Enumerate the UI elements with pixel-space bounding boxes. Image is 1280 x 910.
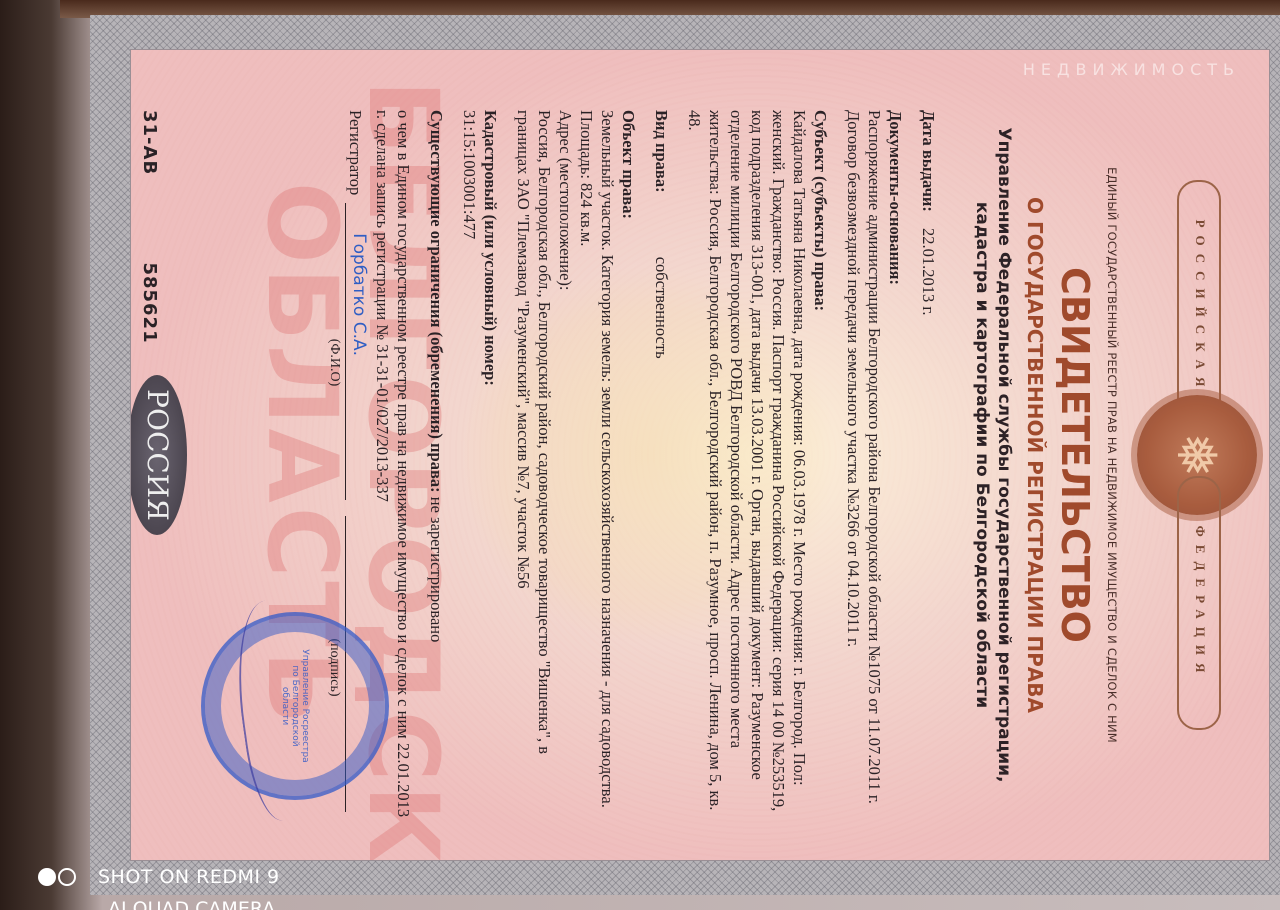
- subject-value: Кайдалова Татьяна Николаевна, дата рожде…: [684, 110, 810, 820]
- registrar-label: Регистратор: [345, 110, 366, 195]
- camera-watermark: SHOT ON REDMI 9: [38, 866, 280, 888]
- name-caption: (Ф.И.О): [324, 210, 345, 515]
- issue-date-row: Дата выдачи: 22.01.2013 г.: [918, 110, 939, 820]
- certificate-subtitle: О ГОСУДАРСТВЕННОЙ РЕГИСТРАЦИИ ПРАВА: [1023, 50, 1047, 860]
- site-watermark: НЕДВИЖИМОСТЬ: [1023, 60, 1240, 79]
- issue-date-label: Дата выдачи:: [919, 110, 938, 212]
- camera-line2: AI QUAD CAMERA: [108, 898, 275, 910]
- address-label: Адрес (местоположение):: [555, 110, 576, 820]
- right-type-value: собственность: [652, 257, 671, 359]
- restrictions-label: Существующие ограничения (обременения) п…: [427, 110, 446, 493]
- cadastral-section: Кадастровый (или условный) номер: 31:15:…: [459, 110, 501, 820]
- issue-date-value: 22.01.2013 г.: [919, 228, 938, 315]
- certificate-body: Дата выдачи: 22.01.2013 г. Документы-осн…: [324, 110, 939, 820]
- object-value: Земельный участок. Категория земель: зем…: [576, 110, 618, 820]
- registrar-name: Горбатко С.А.: [348, 233, 369, 356]
- country-badge: РОССИЯ: [130, 375, 187, 535]
- form-serial: 31-АВ 585621: [139, 110, 160, 344]
- emblem-ribbon-right: ФЕДЕРАЦИЯ: [1177, 476, 1221, 730]
- document-item: Договор безвозмездной передачи земельног…: [843, 110, 864, 820]
- documents-label: Документы-основания:: [885, 110, 906, 820]
- subject-label: Субъект (субъекты) права:: [810, 110, 831, 820]
- restrictions-value: не зарегистрировано: [427, 497, 446, 643]
- subject-section: Субъект (субъекты) права: Кайдалова Тать…: [684, 110, 831, 820]
- certificate-title: СВИДЕТЕЛЬСТВО: [1053, 50, 1097, 860]
- document-item: Распоряжение администрации Белгородского…: [864, 110, 885, 820]
- series: 31-АВ: [139, 110, 160, 175]
- camera-line1: SHOT ON REDMI 9: [98, 866, 280, 888]
- emblem-band: РОССИЙСКАЯ ❅ ФЕДЕРАЦИЯ: [1131, 50, 1261, 860]
- certificate-inner-panel: БЕЛГОРОДСКАЯ ОБЛАСТЬ РОССИЙСКАЯ ❅ ФЕДЕРА…: [130, 49, 1270, 861]
- object-label: Объект права:: [618, 110, 639, 820]
- issuing-authority: Управление Федеральной службы государств…: [971, 110, 1015, 800]
- cadastral-number: 31:15:1003001:477: [459, 110, 480, 820]
- right-type-label: Вид права:: [652, 110, 671, 193]
- serial-number: 585621: [139, 262, 160, 343]
- registry-header: ЕДИНЫЙ ГОСУДАРСТВЕННЫЙ РЕЕСТР ПРАВ НА НЕ…: [1105, 50, 1119, 860]
- address-value: Россия, Белгородская обл., Белгородский …: [513, 110, 555, 820]
- documents-section: Документы-основания: Распоряжение админи…: [843, 110, 906, 820]
- registrar-name-line: Горбатко С.А.: [345, 203, 366, 499]
- restrictions-row: Существующие ограничения (обременения) п…: [426, 110, 447, 820]
- right-type-row: Вид права: собственность: [651, 110, 672, 820]
- certificate-sheet: БЕЛГОРОДСКАЯ ОБЛАСТЬ РОССИЙСКАЯ ❅ ФЕДЕРА…: [90, 15, 1280, 895]
- camera-logo-icon: [38, 868, 76, 886]
- object-section: Объект права: Земельный участок. Категор…: [513, 110, 639, 820]
- cadastral-label: Кадастровый (или условный) номер:: [480, 110, 501, 820]
